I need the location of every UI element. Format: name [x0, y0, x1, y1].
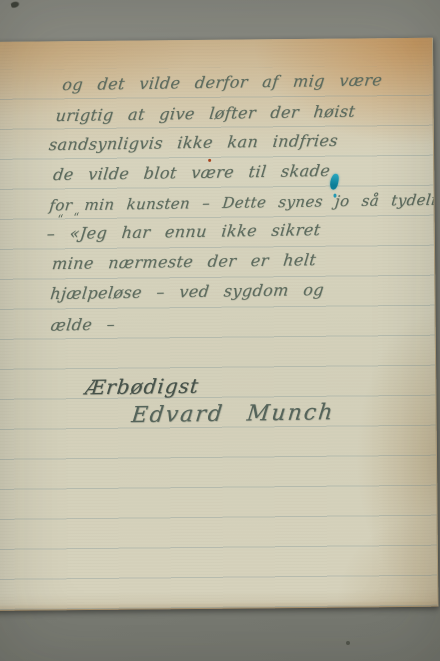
handwriting-line-9: ælde – [49, 312, 116, 339]
handwriting-line-7: mine nærmeste der er helt [51, 247, 318, 277]
mat-speck [346, 641, 350, 645]
signature-edvard-munch: Edvard Munch [130, 400, 336, 429]
handwriting-line-2: urigtig at give løfter der høist [54, 99, 356, 129]
mat-mark [10, 0, 21, 9]
handwriting-line-4: de vilde blot være til skade [52, 158, 332, 188]
blue-ink-dot [333, 194, 336, 198]
letter-paper: og det vilde derfor af mig være urigtig … [0, 38, 438, 611]
red-speck [208, 159, 211, 162]
handwriting-line-6: – «Jeg har ennu ikke sikret [45, 217, 322, 247]
closing-valediction: Ærbødigst [84, 373, 201, 401]
handwriting-line-8: hjælpeløse – ved sygdom og [49, 277, 325, 307]
handwriting-line-3: sandsynligvis ikke kan indfries [47, 128, 339, 158]
handwriting-line-5: for min kunsten – Dette synes jo så tyde… [48, 186, 438, 218]
handwriting-line-1: og det vilde derfor af mig være [61, 67, 384, 98]
photograph-background: og det vilde derfor af mig være urigtig … [0, 0, 440, 661]
